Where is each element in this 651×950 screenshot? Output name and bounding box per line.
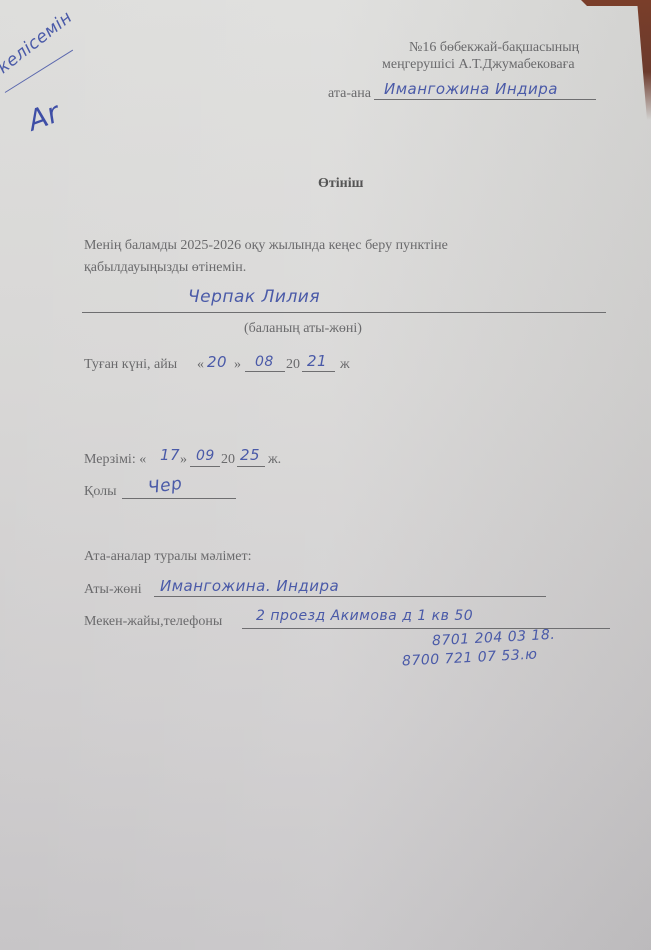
parents-info-heading: Ата-аналар туралы мәлімет: (84, 549, 252, 565)
date-year-prefix: 20 (221, 452, 235, 468)
child-name-line (82, 312, 606, 313)
parent-name-line (374, 99, 596, 100)
parent-fullname-handwritten: Имангожина. Индира (160, 577, 339, 595)
child-name-handwritten: Черпак Лилия (188, 287, 320, 307)
date-close-quote: » (180, 452, 187, 468)
child-name-caption: (баланың аты-жөні) (244, 321, 362, 337)
parent-label: ата-ана (328, 86, 371, 102)
signature-line (122, 498, 236, 499)
date-label: Мерзімі: « (84, 452, 146, 468)
birth-day: 20 (207, 353, 227, 371)
parent-name-handwritten: Имангожина Индира (384, 80, 558, 98)
approval-initials: Аr (23, 96, 64, 138)
paper-sheet (0, 0, 651, 950)
birth-year-prefix: 20 (286, 357, 300, 373)
request-line-2: қабылдауыңызды өтінемін. (84, 260, 246, 276)
date-month-line (190, 466, 220, 467)
signature-handwritten: Чер (147, 474, 184, 499)
address-handwritten: 2 проезд Акимова д 1 кв 50 (256, 608, 473, 624)
approval-handwriting: келісемін (0, 7, 76, 78)
birth-open-quote: « (197, 357, 204, 373)
background-edge (629, 0, 651, 120)
birth-suffix: ж (340, 357, 350, 373)
birth-label: Туған күні, айы (84, 357, 177, 373)
date-suffix: ж. (268, 452, 281, 468)
birth-month-line (245, 371, 285, 372)
request-line-1: Менің баламды 2025-2026 оқу жылында кеңе… (84, 238, 448, 254)
phone-2-handwritten: 8700 721 07 53.ю (402, 646, 538, 669)
recipient-line-1: №16 бөбекжай-бақшасының (409, 40, 579, 56)
date-day: 17 (160, 446, 180, 464)
date-year-suffix: 25 (240, 446, 260, 464)
address-label: Мекен-жайы,телефоны (84, 614, 222, 630)
date-year-line (237, 466, 265, 467)
birth-month: 08 (255, 354, 274, 370)
parent-fullname-line (154, 596, 546, 597)
document-title: Өтініш (318, 176, 363, 192)
date-month: 09 (196, 448, 215, 464)
signature-label: Қолы (84, 484, 117, 500)
birth-year-line (302, 371, 335, 372)
birth-year-suffix: 21 (307, 352, 327, 370)
parent-fullname-label: Аты-жөні (84, 582, 142, 598)
recipient-line-2: меңгерушісі А.Т.Джумабековаға (382, 57, 575, 73)
birth-close-quote: » (234, 357, 241, 373)
